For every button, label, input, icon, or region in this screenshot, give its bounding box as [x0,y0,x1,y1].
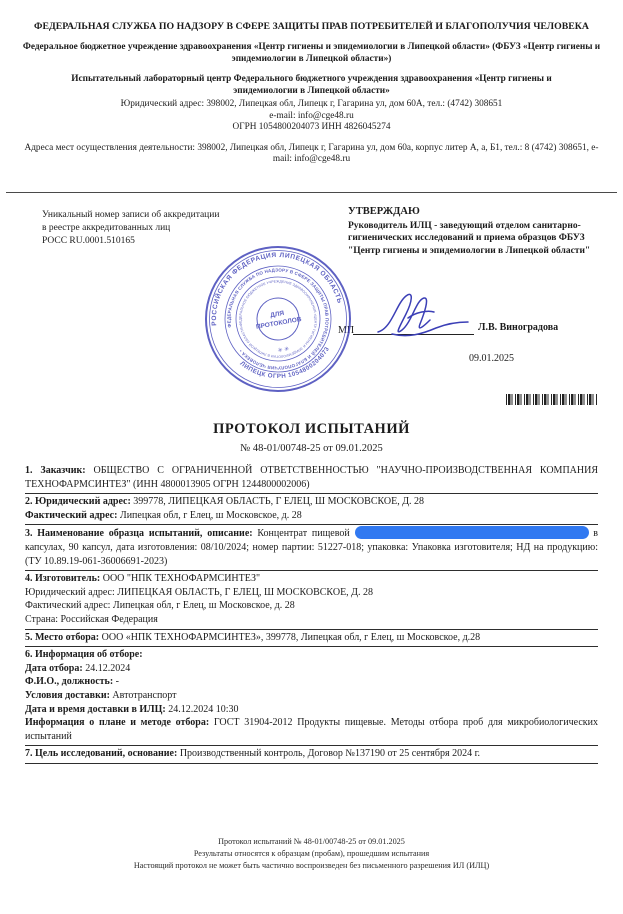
manufacturer-label: 4. Изготовитель: [25,573,100,584]
approval-block: УТВЕРЖДАЮ Руководитель ИЛЦ - заведующий … [348,206,606,257]
manufacturer-actual-address: Фактический адрес: Липецкая обл, г Елец,… [25,599,598,613]
page-footer: Протокол испытаний № 48-01/00748-25 от 0… [0,836,623,872]
sampler-name-value: - [116,676,119,687]
redaction-bar [355,526,589,539]
sampling-place-value: ООО «НПК ТЕХНОФАРМСИНТЕЗ», 399778, Липец… [102,632,481,643]
customer-label: 1. Заказчик: [25,465,86,476]
signer-name: Л.В. Виноградова [478,322,558,333]
footer-copy-restriction: Настоящий протокол не может быть частичн… [0,860,623,872]
section-sample: 3. Наименование образца испытаний, описа… [25,525,598,571]
section-purpose: 7. Цель исследований, основание: Произво… [25,746,598,764]
agency-name: ФЕДЕРАЛЬНАЯ СЛУЖБА ПО НАДЗОРУ В СФЕРЕ ЗА… [32,21,592,33]
email-line: e-mail: info@cge48.ru [27,111,597,123]
approval-title: УТВЕРЖДАЮ [348,206,606,219]
legal-address: Юридический адрес: 398002, Липецкая обл,… [27,99,597,111]
approval-date: 09.01.2025 [469,353,514,364]
ogrn-inn-line: ОГРН 1054800204073 ИНН 4826045274 [27,122,597,134]
protocol-sections: 1. Заказчик: ОБЩЕСТВО С ОГРАНИЧЕННОЙ ОТВ… [25,463,598,764]
header-divider [6,192,617,193]
institution-name: Федеральное бюджетное учреждение здравоо… [17,42,607,65]
footer-protocol-ref: Протокол испытаний № 48-01/00748-25 от 0… [0,836,623,848]
accreditation-line2: в реестре аккредитованных лиц [42,222,322,235]
delivery-datetime-label: Дата и время доставки в ИЛЦ: [25,704,166,715]
section-sampling-place: 5. Место отбора: ООО «НПК ТЕХНОФАРМСИНТЕ… [25,630,598,648]
delivery-conditions-value: Автотранспорт [112,690,176,701]
section-sampling-info: 6. Информация об отборе: Дата отбора: 24… [25,647,598,746]
activity-addresses: Адреса мест осуществления деятельности: … [24,143,599,166]
sampling-method-label: Информация о плане и методе отбора: [25,717,209,728]
legal-address-value: 399778, ЛИПЕЦКАЯ ОБЛАСТЬ, Г ЕЛЕЦ, Ш МОСК… [133,496,424,507]
accreditation-line1: Уникальный номер записи об аккредитации [42,209,322,222]
manufacturer-value: ООО "НПК ТЕХНОФАРМСИНТЕЗ" [103,573,260,584]
section-customer-address: 2. Юридический адрес: 399778, ЛИПЕЦКАЯ О… [25,494,598,525]
manufacturer-country: Страна: Российская Федерация [25,613,598,627]
protocol-number: № 48-01/00748-25 от 09.01.2025 [0,443,623,454]
document-header: ФЕДЕРАЛЬНАЯ СЛУЖБА ПО НАДЗОРУ В СФЕРЕ ЗА… [10,21,613,166]
actual-address-label: Фактический адрес: [25,510,117,521]
section-manufacturer: 4. Изготовитель: ООО "НПК ТЕХНОФАРМСИНТЕ… [25,571,598,629]
lab-center-name: Испытательный лабораторный центр Федерал… [42,74,582,97]
legal-address-label: 2. Юридический адрес: [25,496,131,507]
actual-address-value: Липецкая обл, г Елец, ш Московское, д. 2… [120,510,302,521]
customer-value: ОБЩЕСТВО С ОГРАНИЧЕННОЙ ОТВЕТСТВЕННОСТЬЮ… [25,465,598,490]
barcode [506,394,597,405]
approval-body: Руководитель ИЛЦ - заведующий отделом са… [348,220,606,258]
sample-label: 3. Наименование образца испытаний, описа… [25,528,253,539]
document-page: ФЕДЕРАЛЬНАЯ СЛУЖБА ПО НАДЗОРУ В СФЕРЕ ЗА… [0,0,623,914]
footer-results-note: Результаты относятся к образцам (пробам)… [0,848,623,860]
signature-handwriting [372,288,477,348]
stamp-center-line2: ПРОТОКОЛОВ [256,316,303,331]
sampling-place-label: 5. Место отбора: [25,632,99,643]
purpose-value: Производственный контроль, Договор №1371… [180,748,480,759]
sampling-info-label: 6. Информация об отборе: [25,649,143,660]
sampling-date-value: 24.12.2024 [85,663,130,674]
official-round-stamp: РОССИЙСКАЯ ФЕДЕРАЦИЯ ЛИПЕЦКАЯ ОБЛАСТЬ ЛИ… [202,240,354,398]
delivery-datetime-value: 24.12.2024 10:30 [168,704,238,715]
stamp-center-line1: ДЛЯ [270,310,285,319]
sample-name-before: Концентрат пищевой [257,528,349,539]
protocol-title: ПРОТОКОЛ ИСПЫТАНИЙ [0,421,623,438]
sampling-date-label: Дата отбора: [25,663,83,674]
sampler-name-label: Ф.И.О., должность: [25,676,113,687]
purpose-label: 7. Цель исследований, основание: [25,748,177,759]
manufacturer-legal-address: Юридический адрес: ЛИПЕЦКАЯ ОБЛАСТЬ, Г Е… [25,586,598,600]
delivery-conditions-label: Условия доставки: [25,690,110,701]
section-customer: 1. Заказчик: ОБЩЕСТВО С ОГРАНИЧЕННОЙ ОТВ… [25,463,598,494]
